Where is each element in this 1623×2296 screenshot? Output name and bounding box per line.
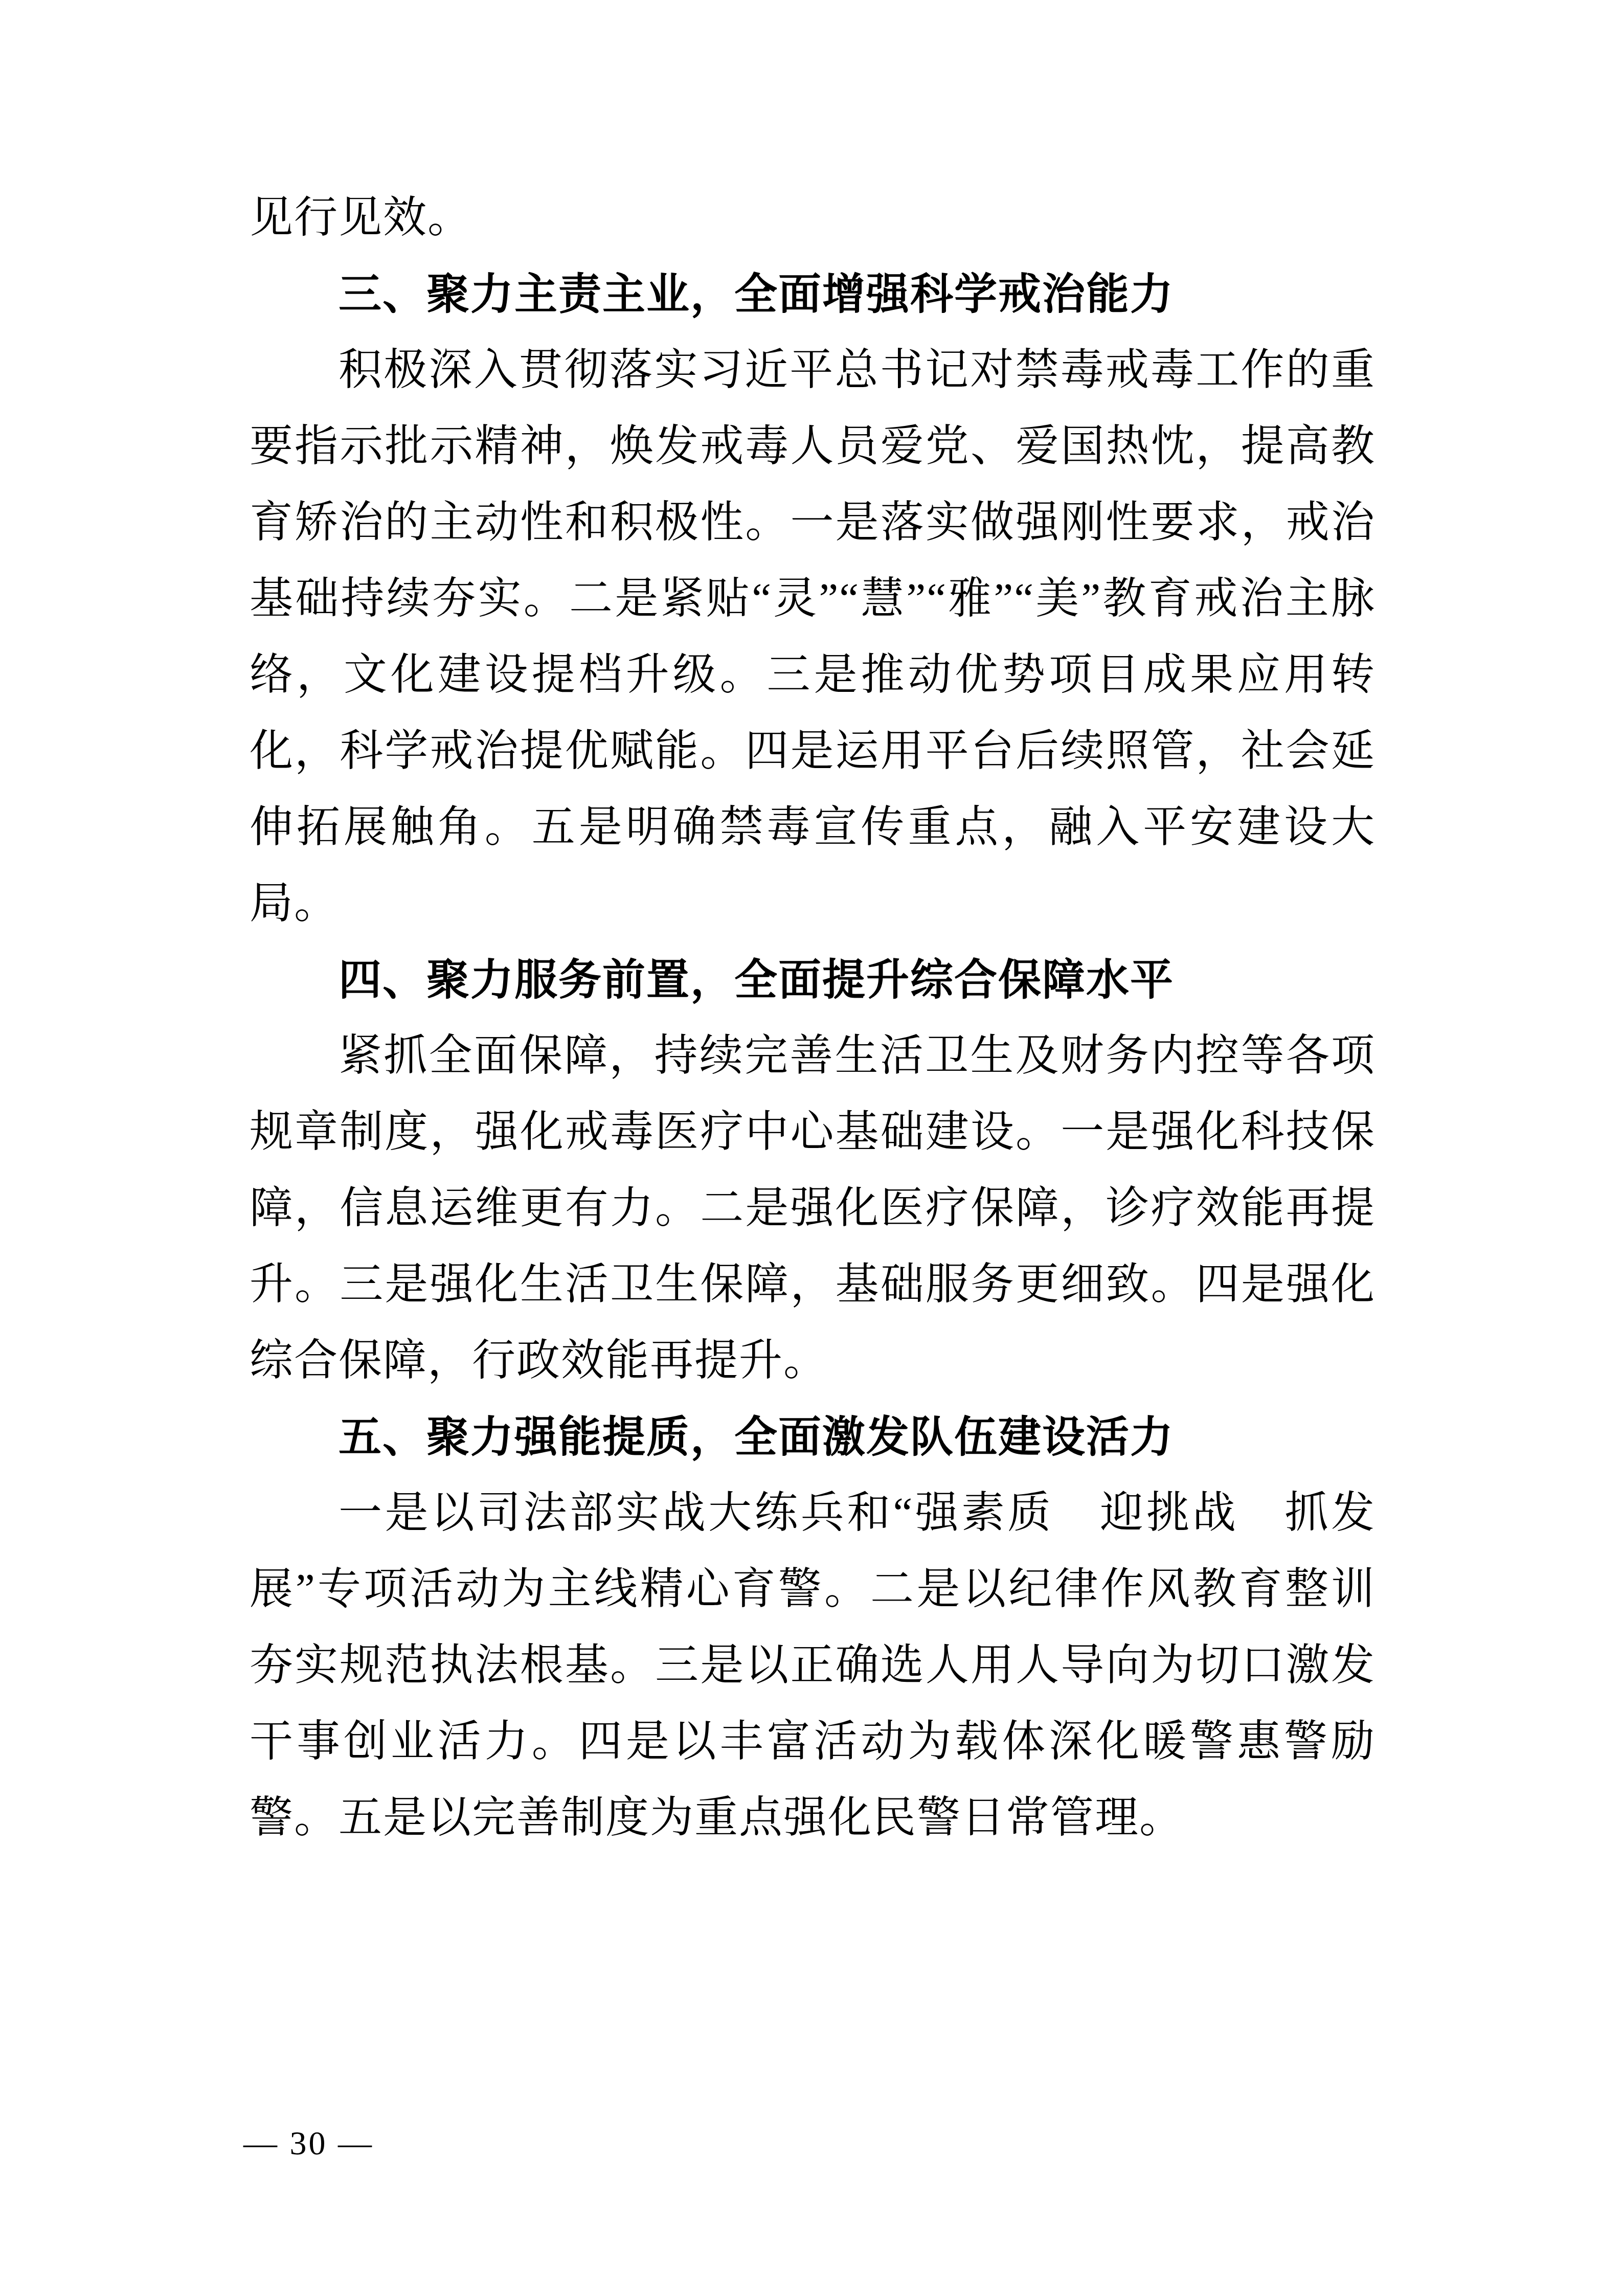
section-heading-5: 五、聚力强能提质，全面激发队伍建设活力 [250,1399,1376,1475]
page-number: — 30 — [243,2125,374,2162]
section-body-4: 紧抓全面保障，持续完善生活卫生及财务内控等各项规章制度，强化戒毒医疗中心基础建设… [250,1018,1376,1399]
section-body-5: 一是以司法部实战大练兵和“强素质 迎挑战 抓发展”专项活动为主线精心育警。二是以… [250,1475,1376,1856]
section-heading-4: 四、聚力服务前置，全面提升综合保障水平 [250,942,1376,1018]
paragraph-continuation: 见行见效。 [250,180,1376,256]
section-body-3: 积极深入贯彻落实习近平总书记对禁毒戒毒工作的重要指示批示精神，焕发戒毒人员爱党、… [250,332,1376,942]
document-page: 见行见效。 三、聚力主责主业，全面增强科学戒治能力 积极深入贯彻落实习近平总书记… [0,0,1623,2296]
document-content: 见行见效。 三、聚力主责主业，全面增强科学戒治能力 积极深入贯彻落实习近平总书记… [250,180,1376,1856]
section-heading-3: 三、聚力主责主业，全面增强科学戒治能力 [250,256,1376,332]
